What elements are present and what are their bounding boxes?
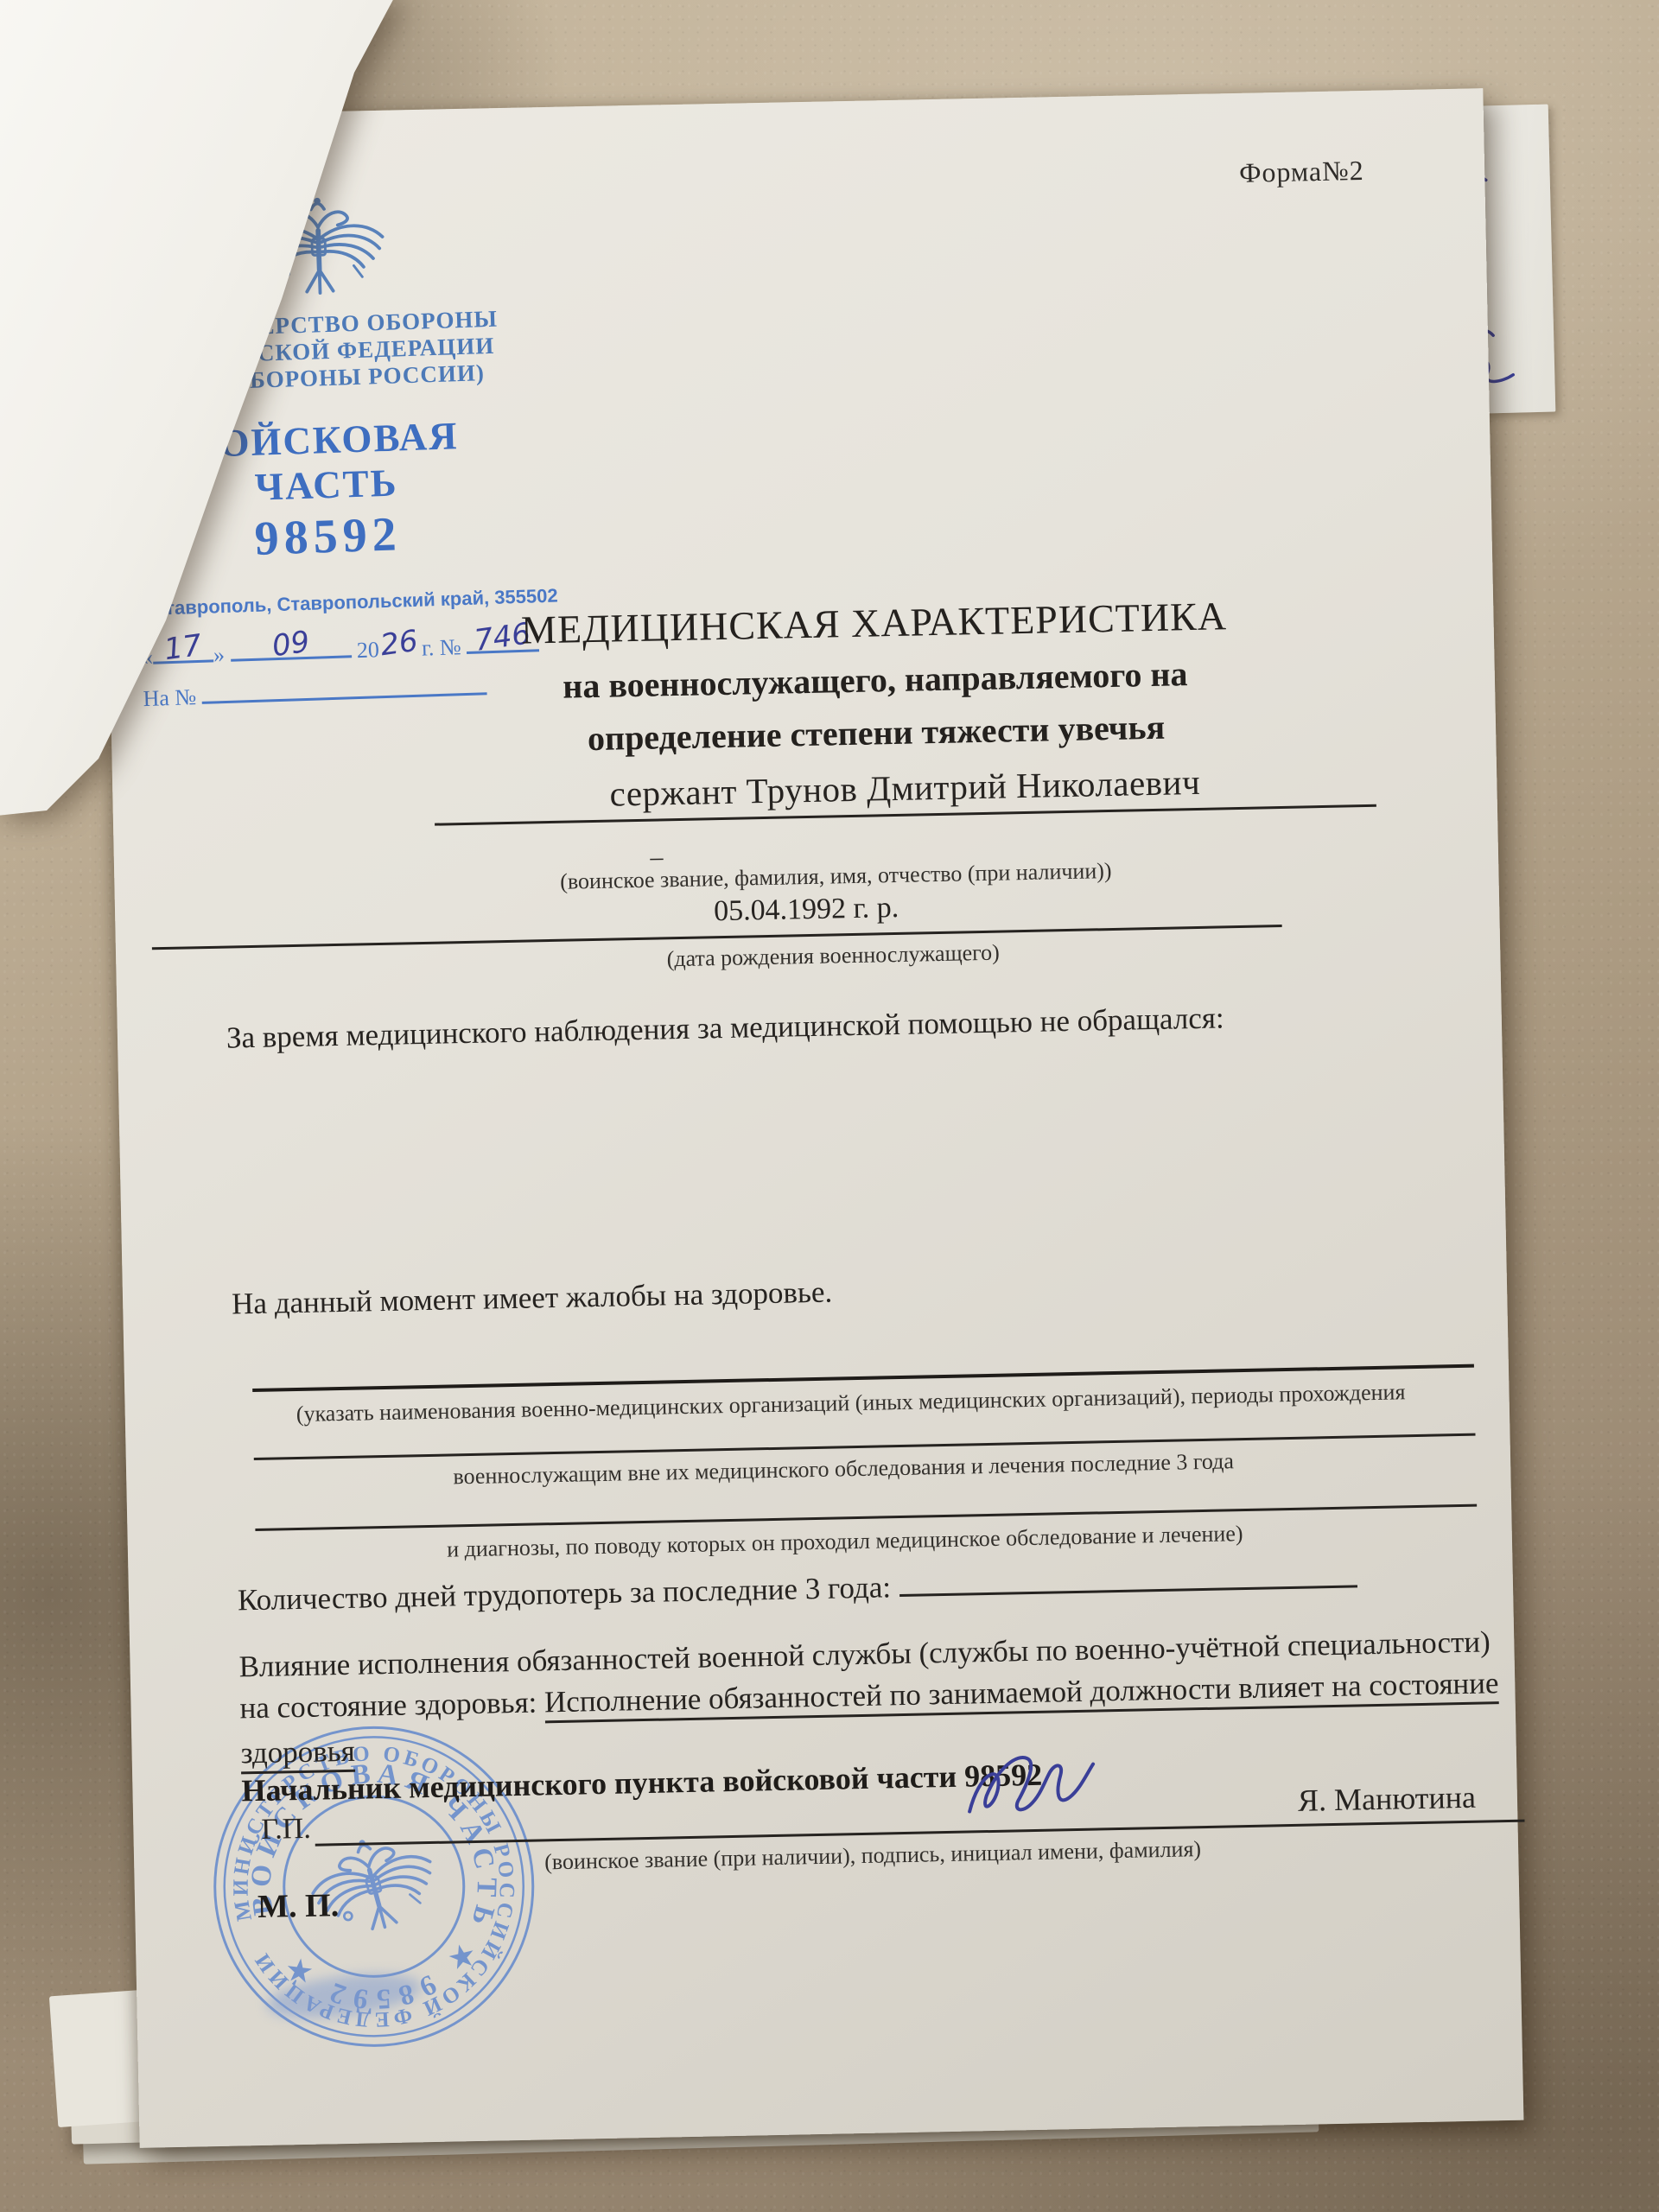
form-number-label: Форма№2 xyxy=(1239,155,1364,189)
signature-caption: (воинское звание (при наличии), подпись,… xyxy=(471,1834,1274,1877)
title-line-3: определение степени тяжести увечья xyxy=(500,705,1253,760)
title-line-2: на военнослужащего, направляемого на xyxy=(499,652,1251,708)
serviceman-name-line: сержант Трунов Дмитрий Николаевич xyxy=(434,758,1376,826)
document-title: МЕДИЦИНСКАЯ ХАРАКТЕРИСТИКА на военнослуж… xyxy=(498,593,1252,760)
title-line-1: МЕДИЦИНСКАЯ ХАРАКТЕРИСТИКА xyxy=(498,593,1250,653)
photo-of-document: Форма№2 МИНИСТЕРСТВО ОБОРОНЫ РОССИЙСКОЙ … xyxy=(0,0,1659,2212)
overlapping-paper-corner xyxy=(0,0,411,837)
workdays-lost-line: Количество дней трудопотерь за последние… xyxy=(238,1554,1358,1618)
year-suffix: г. № xyxy=(422,634,461,660)
workdays-label: Количество дней трудопотерь за последние… xyxy=(238,1570,892,1618)
round-stamp: МИНИСТЕРСТВО ОБОРОНЫ РОССИЙСКОЙ ФЕДЕРАЦИ… xyxy=(156,1669,591,2104)
overlapping-paper-shape xyxy=(0,0,411,837)
signature-scribble-icon xyxy=(953,1738,1162,1838)
influence-underlined: здоровья xyxy=(240,1734,355,1775)
workdays-blank xyxy=(899,1554,1357,1597)
birth-date-caption: (дата рождения военнослужащего) xyxy=(487,936,1179,976)
gp-note: Г.П. xyxy=(261,1813,311,1847)
complaints-paragraph: На данный момент имеет жалобы на здоровь… xyxy=(232,1264,1356,1321)
influence-line-3: здоровья xyxy=(240,1734,355,1771)
observation-paragraph: За время медицинского наблюдения за меди… xyxy=(226,995,1480,1055)
seal-place-mark: М. П. xyxy=(257,1886,340,1926)
signer-name: Я. Манютина xyxy=(1298,1777,1541,1819)
